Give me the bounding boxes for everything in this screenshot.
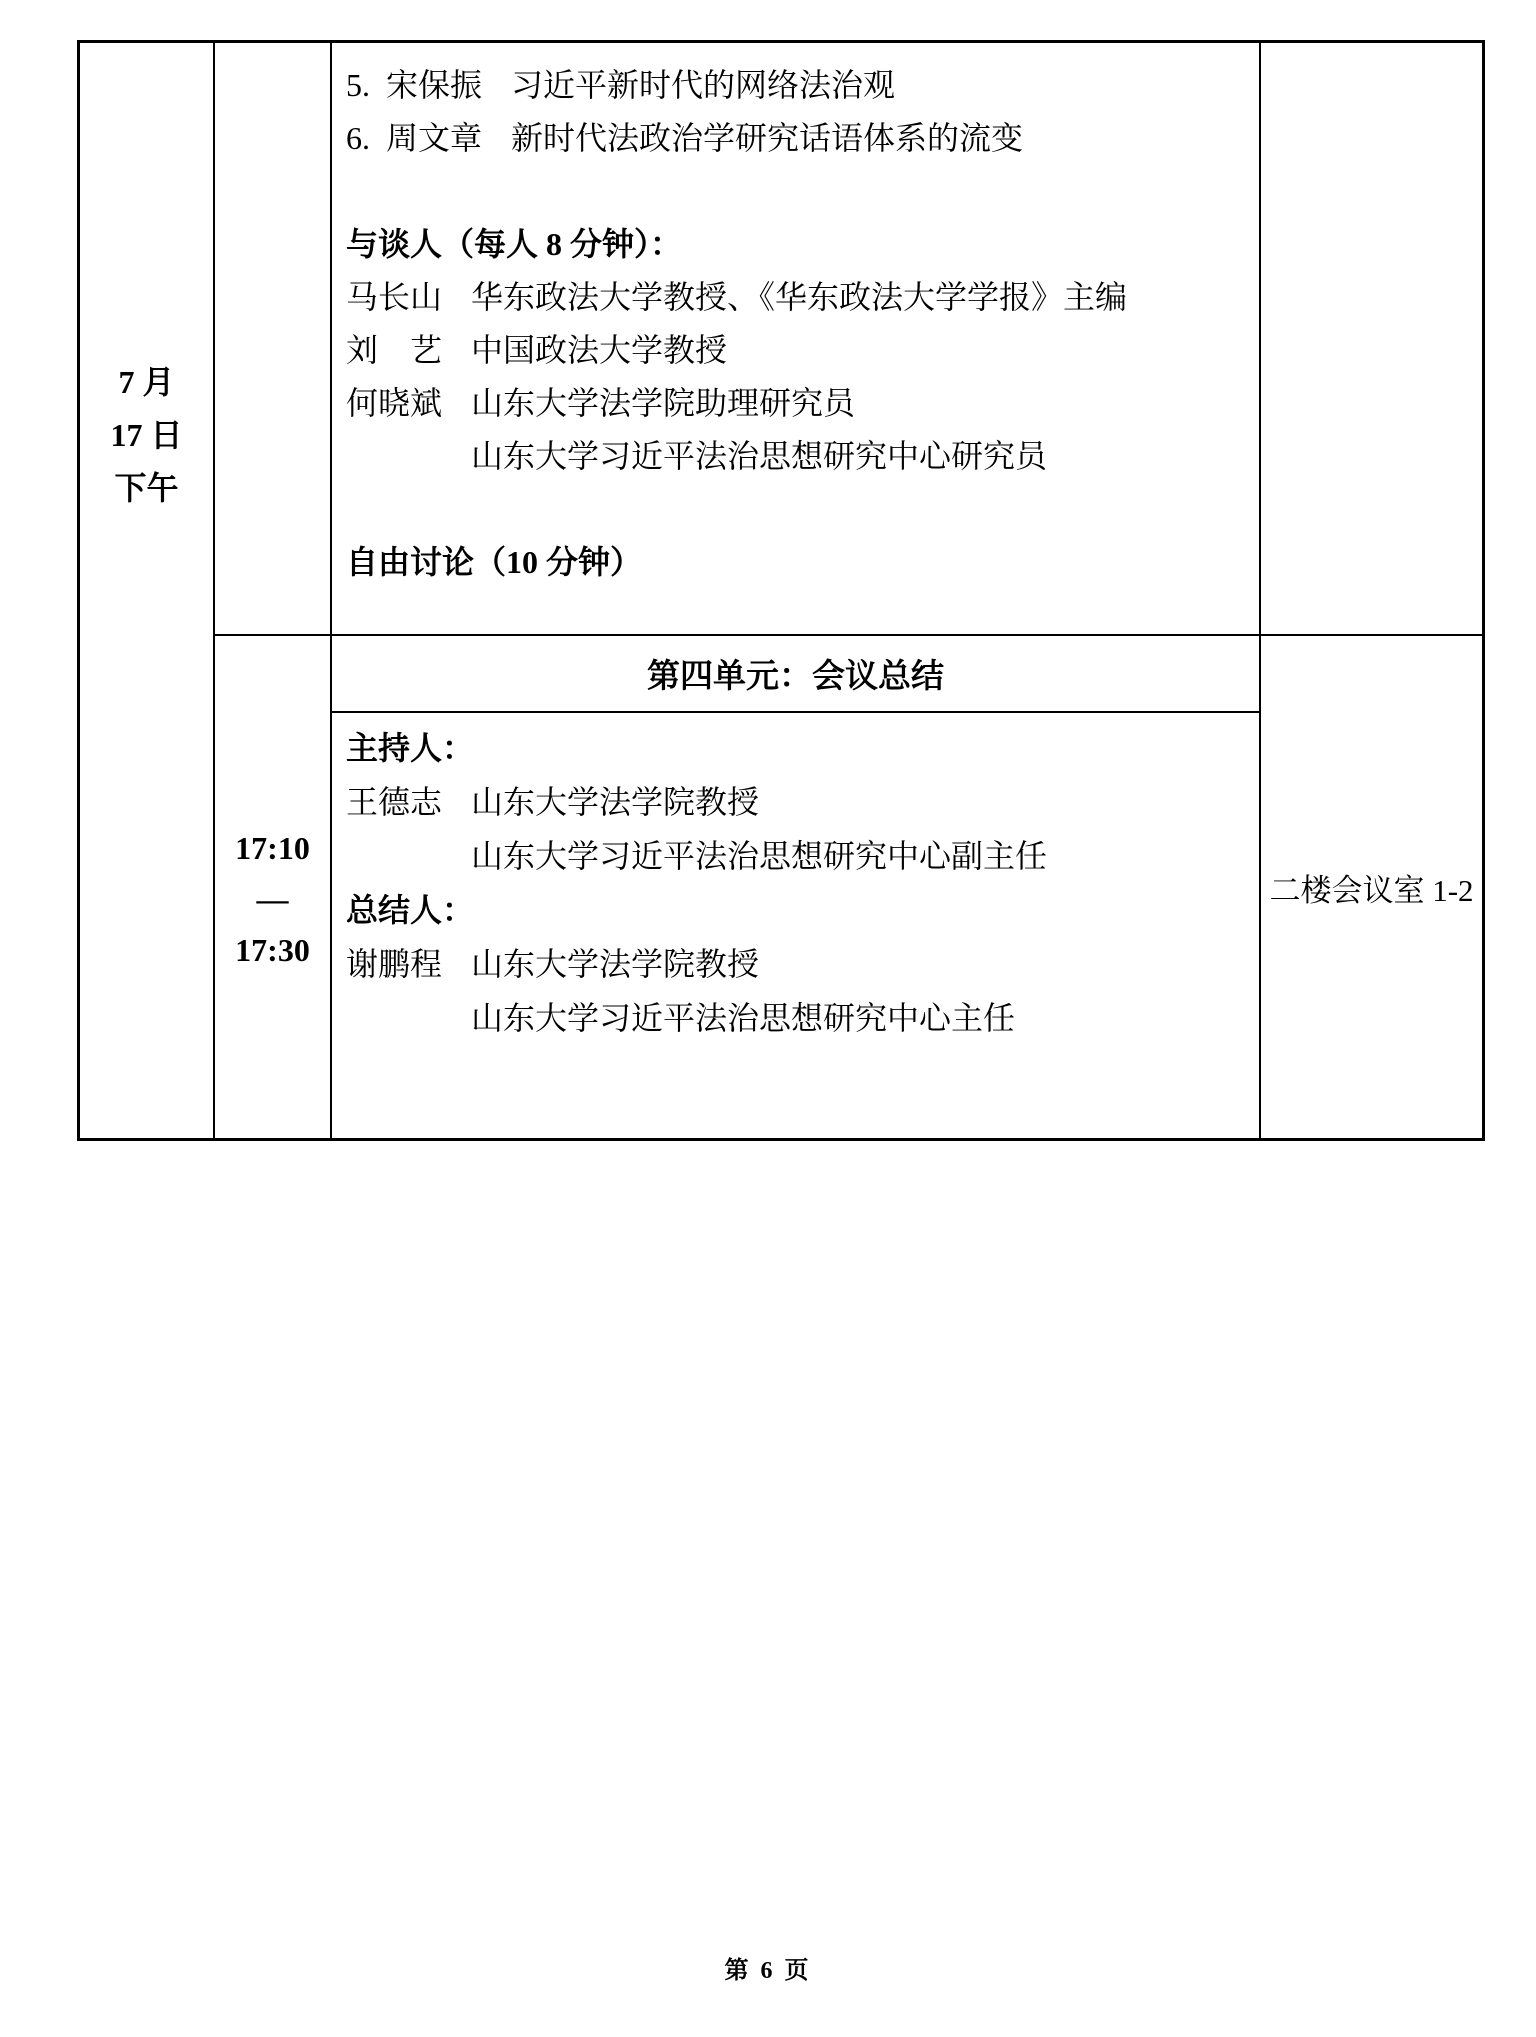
host-affiliation: 山东大学习近平法治思想研究中心副主任 (471, 829, 1241, 883)
summarizer-name: 谢鹏程 (346, 937, 471, 991)
discussant-affiliation: 山东大学习近平法治思想研究中心研究员 (471, 430, 1241, 483)
page-number: 第 6 页 (0, 1950, 1536, 1985)
presentation-item: 5. 宋保振 习近平新时代的网络法治观 (346, 59, 1241, 112)
session1-content-cell: 5. 宋保振 习近平新时代的网络法治观 6. 周文章 新时代法政治学研究话语体系… (332, 43, 1261, 636)
summarizer-label: 总结人： (346, 883, 1241, 937)
item-number: 5. (346, 59, 386, 112)
date-period: 下午 (114, 462, 178, 515)
host-label: 主持人： (346, 721, 1241, 775)
discussant-row: 刘 艺 中国政法大学教授 (346, 324, 1241, 377)
time-start: 17:10 (235, 823, 310, 874)
summarizer-name (346, 991, 471, 1045)
date-cell: 7 月 17 日 下午 (80, 43, 215, 1138)
summarizer-affiliation: 山东大学法学院教授 (471, 937, 1241, 991)
discussants-label: 与谈人（每人 8 分钟）： (346, 218, 1241, 271)
discussant-row: 马长山 华东政法大学教授、《华东政法大学学报》主编 (346, 271, 1241, 324)
spacer-line (346, 483, 1241, 536)
time-dash: — (257, 874, 289, 925)
item-number: 6. (346, 112, 386, 165)
spacer-line (346, 165, 1241, 218)
free-discussion-label: 自由讨论（10 分钟） (346, 536, 1241, 589)
talk-title: 习近平新时代的网络法治观 (511, 59, 1241, 112)
talk-title: 新时代法政治学研究话语体系的流变 (511, 112, 1241, 165)
time-cell-empty (215, 43, 332, 636)
document-page: 7 月 17 日 下午 5. 宋保振 习近平新时代的网络法治观 6. 周文章 新… (0, 0, 1536, 2037)
discussant-name (346, 430, 471, 483)
discussant-affiliation: 中国政法大学教授 (471, 324, 1241, 377)
date-day: 17 日 (110, 409, 182, 462)
location-cell-empty (1261, 43, 1482, 636)
discussant-name: 刘 艺 (346, 324, 471, 377)
agenda-table: 7 月 17 日 下午 5. 宋保振 习近平新时代的网络法治观 6. 周文章 新… (77, 40, 1485, 1141)
discussant-name: 何晓斌 (346, 377, 471, 430)
discussant-row: 山东大学习近平法治思想研究中心研究员 (346, 430, 1241, 483)
location-text: 二楼会议室 1-2 (1269, 865, 1473, 910)
discussant-affiliation: 山东大学法学院助理研究员 (471, 377, 1241, 430)
discussant-row: 何晓斌 山东大学法学院助理研究员 (346, 377, 1241, 430)
summarizer-affiliation: 山东大学习近平法治思想研究中心主任 (471, 991, 1241, 1045)
speaker-name: 宋保振 (386, 59, 511, 112)
date-month: 7 月 (118, 356, 174, 409)
location-cell: 二楼会议室 1-2 (1261, 636, 1482, 1138)
summarizer-row: 谢鹏程 山东大学法学院教授 (346, 937, 1241, 991)
summarizer-row: 山东大学习近平法治思想研究中心主任 (346, 991, 1241, 1045)
unit-header-title: 第四单元：会议总结 (647, 650, 944, 697)
host-name (346, 829, 471, 883)
session2-content-cell: 主持人： 王德志 山东大学法学院教授 山东大学习近平法治思想研究中心副主任 总结… (332, 713, 1261, 1138)
speaker-name: 周文章 (386, 112, 511, 165)
time-cell: 17:10 — 17:30 (215, 636, 332, 1138)
host-row: 王德志 山东大学法学院教授 (346, 775, 1241, 829)
time-end: 17:30 (235, 925, 310, 976)
discussant-affiliation: 华东政法大学教授、《华东政法大学学报》主编 (471, 271, 1241, 324)
discussant-name: 马长山 (346, 271, 471, 324)
presentation-item: 6. 周文章 新时代法政治学研究话语体系的流变 (346, 112, 1241, 165)
host-name: 王德志 (346, 775, 471, 829)
host-affiliation: 山东大学法学院教授 (471, 775, 1241, 829)
host-row: 山东大学习近平法治思想研究中心副主任 (346, 829, 1241, 883)
unit-header-cell: 第四单元：会议总结 (332, 636, 1261, 713)
